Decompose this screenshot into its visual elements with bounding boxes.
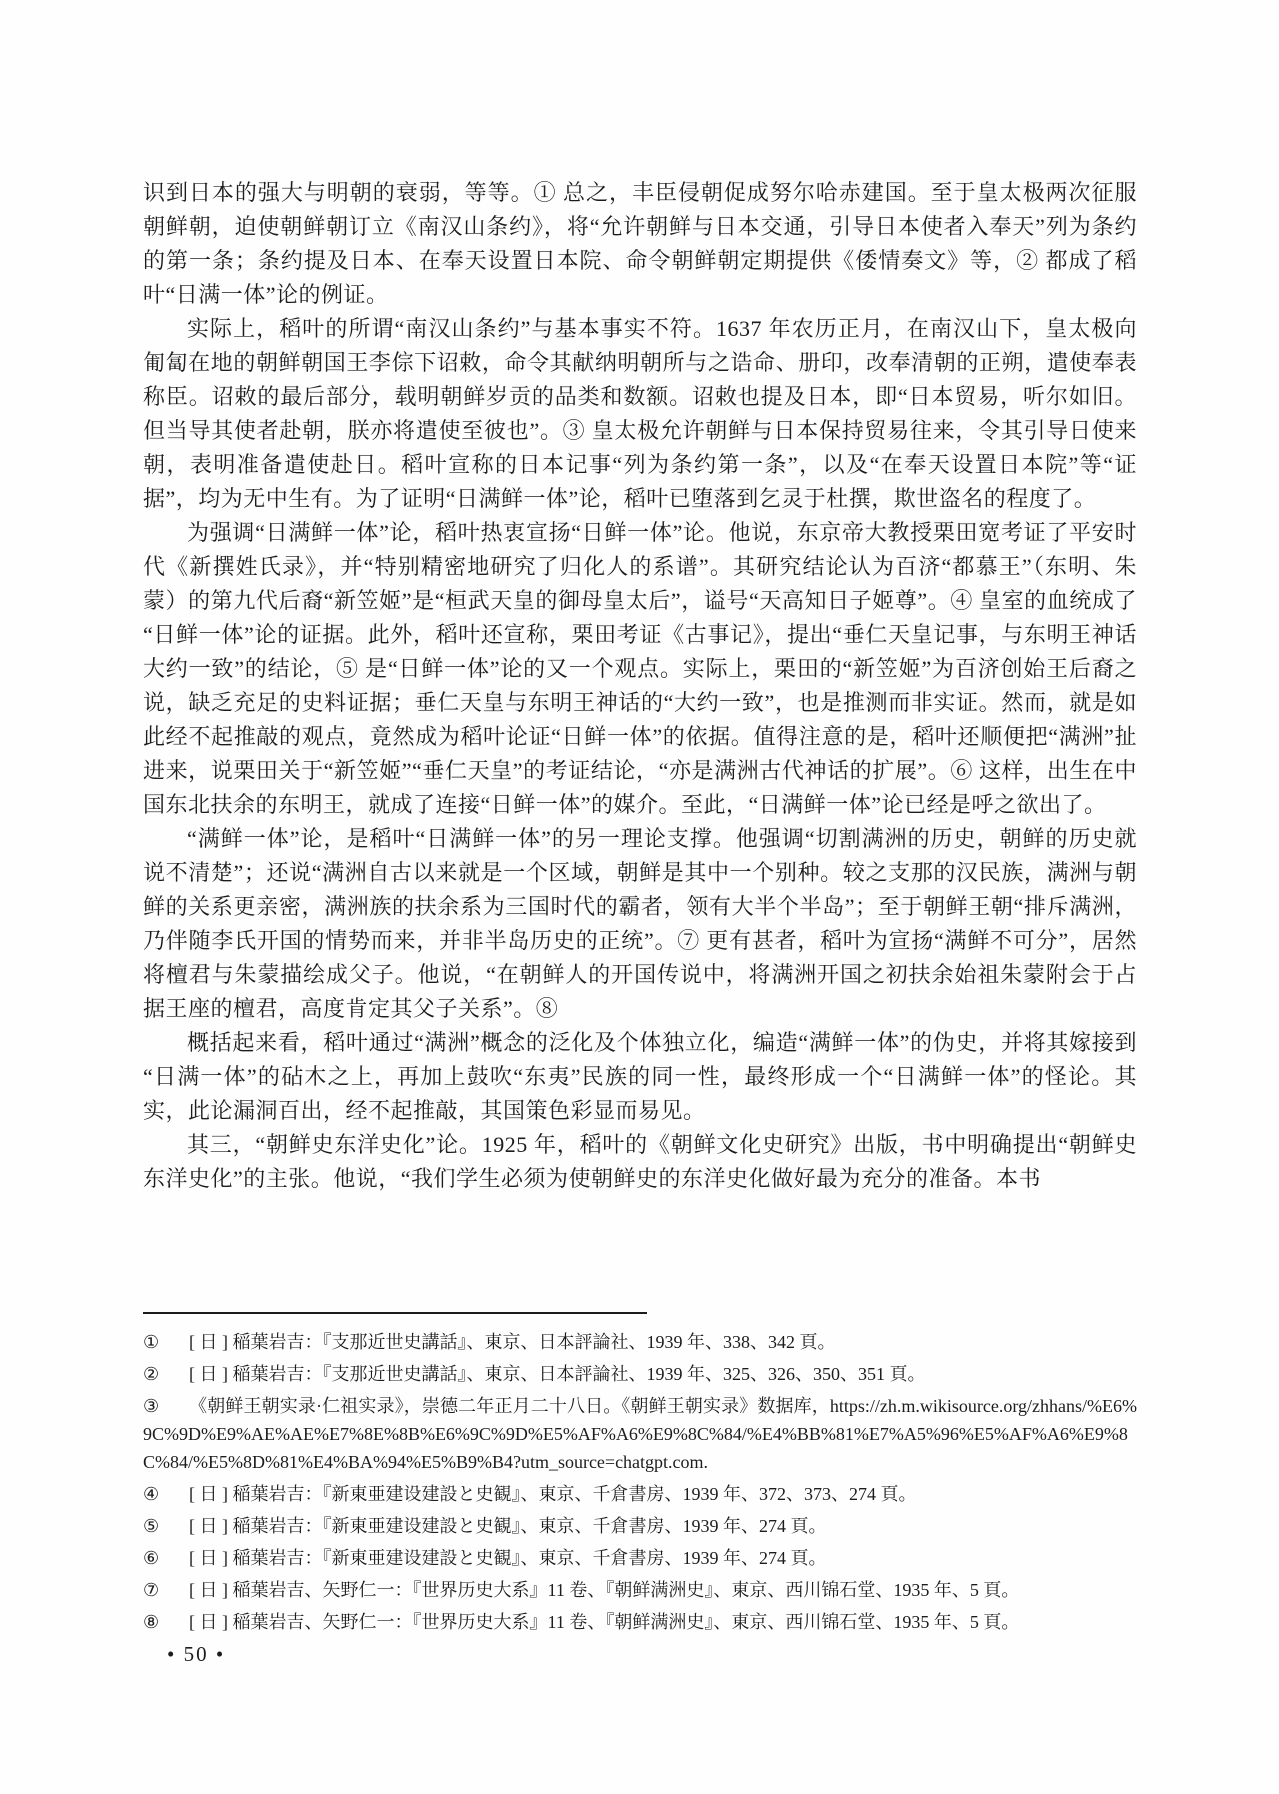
footnote-marker: ③ — [143, 1392, 167, 1420]
footnote-item: ⑥[ 日 ] 稲葉岩吉：『新東亜建设建設と史観』、東京、千倉書房、1939 年、… — [143, 1544, 1137, 1572]
footnote-text: [ 日 ] 稲葉岩吉、矢野仁一：『世界历史大系』11 卷、『朝鲜满洲史』、東京、… — [189, 1580, 1019, 1600]
footnote-marker: ⑥ — [143, 1544, 167, 1572]
body-paragraph: 其三，“朝鲜史东洋史化”论。1925 年，稻叶的《朝鲜文化史研究》出版，书中明确… — [143, 1128, 1137, 1196]
footnote-text: [ 日 ] 稲葉岩吉：『新東亜建设建設と史観』、東京、千倉書房、1939 年、2… — [189, 1516, 827, 1536]
footnote-text: 《朝鲜王朝实录·仁祖实录》，崇德二年正月二十八日。《朝鲜王朝实录》数据库，htt… — [143, 1396, 1137, 1472]
footnote-marker: ① — [143, 1328, 167, 1356]
footnote-text: [ 日 ] 稲葉岩吉：『新東亜建设建設と史観』、東京、千倉書房、1939 年、3… — [189, 1484, 917, 1504]
body-paragraph: 识到日本的强大与明朝的衰弱，等等。① 总之，丰臣侵朝促成努尔哈赤建国。至于皇太极… — [143, 176, 1137, 312]
body-paragraph: 概括起来看，稻叶通过“满洲”概念的泛化及个体独立化，编造“满鲜一体”的伪史，并将… — [143, 1026, 1137, 1128]
footnote-item: ⑧[ 日 ] 稲葉岩吉、矢野仁一：『世界历史大系』11 卷、『朝鲜满洲史』、東京… — [143, 1608, 1137, 1636]
body-paragraph: 为强调“日满鲜一体”论，稻叶热衷宣扬“日鲜一体”论。他说，东京帝大教授栗田宽考证… — [143, 516, 1137, 822]
footnote-text: [ 日 ] 稲葉岩吉：『支那近世史講話』、東京、日本評論社、1939 年、338… — [189, 1332, 836, 1352]
body-text: 识到日本的强大与明朝的衰弱，等等。① 总之，丰臣侵朝促成努尔哈赤建国。至于皇太极… — [143, 176, 1137, 1196]
body-paragraph: “满鲜一体”论，是稻叶“日满鲜一体”的另一理论支撑。他强调“切割满洲的历史，朝鲜… — [143, 822, 1137, 1026]
footnote-text: [ 日 ] 稲葉岩吉、矢野仁一：『世界历史大系』11 卷、『朝鲜满洲史』、東京、… — [189, 1612, 1019, 1632]
footnote-marker: ⑦ — [143, 1576, 167, 1604]
footnote-marker: ⑧ — [143, 1608, 167, 1636]
footnote-marker: ⑤ — [143, 1512, 167, 1540]
footnote-separator-rule — [143, 1312, 647, 1314]
footnote-text: [ 日 ] 稲葉岩吉：『支那近世史講話』、東京、日本評論社、1939 年、325… — [189, 1364, 926, 1384]
footnote-item: ④[ 日 ] 稲葉岩吉：『新東亜建设建設と史観』、東京、千倉書房、1939 年、… — [143, 1480, 1137, 1508]
footnote-text: [ 日 ] 稲葉岩吉：『新東亜建设建設と史観』、東京、千倉書房、1939 年、2… — [189, 1548, 827, 1568]
body-paragraph: 实际上，稻叶的所谓“南汉山条约”与基本事实不符。1637 年农历正月，在南汉山下… — [143, 312, 1137, 516]
footnote-item: ②[ 日 ] 稲葉岩吉：『支那近世史講話』、東京、日本評論社、1939 年、32… — [143, 1360, 1137, 1388]
footnote-marker: ② — [143, 1360, 167, 1388]
page-number: • 50 • — [167, 1642, 225, 1667]
footnote-item: ③《朝鲜王朝实录·仁祖实录》，崇德二年正月二十八日。《朝鲜王朝实录》数据库，ht… — [143, 1392, 1137, 1476]
footnote-marker: ④ — [143, 1480, 167, 1508]
footnote-section: ①[ 日 ] 稲葉岩吉：『支那近世史講話』、東京、日本評論社、1939 年、33… — [143, 1312, 1137, 1640]
footnote-item: ⑤[ 日 ] 稲葉岩吉：『新東亜建设建設と史観』、東京、千倉書房、1939 年、… — [143, 1512, 1137, 1540]
document-page: 识到日本的强大与明朝的衰弱，等等。① 总之，丰臣侵朝促成努尔哈赤建国。至于皇太极… — [0, 0, 1279, 1794]
footnote-item: ①[ 日 ] 稲葉岩吉：『支那近世史講話』、東京、日本評論社、1939 年、33… — [143, 1328, 1137, 1356]
footnote-item: ⑦[ 日 ] 稲葉岩吉、矢野仁一：『世界历史大系』11 卷、『朝鲜满洲史』、東京… — [143, 1576, 1137, 1604]
